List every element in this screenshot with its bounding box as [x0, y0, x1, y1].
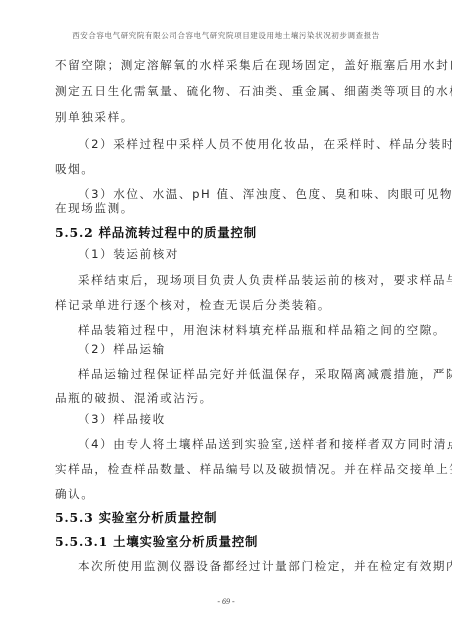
section-heading-5-5-3-1: 5.5.3.1 土壤实验室分析质量控制	[55, 534, 258, 549]
paragraph-line: （3）水位、水温、pH 值、浑浊度、色度、臭和味、肉眼可见物指标	[78, 187, 400, 201]
paragraph-line: 实样品，检查样品数量、样品编号以及破损情况。并在样品交接单上签字	[55, 462, 400, 476]
paragraph-line: 在现场监测。	[55, 201, 400, 215]
list-item-label: （2）样品运输	[78, 342, 400, 356]
list-item-label: （1）装运前核对	[78, 247, 400, 261]
paragraph-line: 样品运输过程保证样品完好并低温保存，采取隔离减震措施，严防样	[78, 367, 400, 381]
paragraph-line: （2）采样过程中采样人员不使用化妆品，在采样时、样品分装时禁止	[78, 137, 400, 151]
document-page: 西安合容电气研究院有限公司合容电气研究院项目建设用地土壤污染状况初步调查报告 不…	[0, 0, 452, 639]
paragraph-line: 吸烟。	[55, 162, 400, 176]
section-heading-5-5-2: 5.5.2 样品流转过程中的质量控制	[55, 225, 257, 240]
running-header: 西安合容电气研究院有限公司合容电气研究院项目建设用地土壤污染状况初步调查报告	[0, 30, 452, 41]
paragraph-line: 样记录单进行逐个核对，检查无误后分类装箱。	[55, 298, 400, 312]
paragraph-line: 测定五日生化需氧量、硫化物、石油类、重金属、细菌类等项目的水样分	[55, 84, 400, 98]
paragraph-line: （4）由专人将土壤样品送到实验室,送样者和接样者双方同时清点核	[78, 437, 400, 451]
section-heading-5-5-3: 5.5.3 实验室分析质量控制	[55, 510, 217, 525]
paragraph-line: 本次所使用监测仪器设备都经过计量部门检定，并在检定有效期内。	[78, 559, 400, 573]
paragraph-line: 别单独采样。	[55, 110, 400, 124]
paragraph-line: 不留空隙；测定溶解氧的水样采集后在现场固定，盖好瓶塞后用水封口；	[55, 58, 400, 72]
paragraph-line: 确认。	[55, 487, 400, 501]
paragraph-line: 品瓶的破损、混淆或沾污。	[55, 391, 400, 405]
page-number: - 69 -	[0, 597, 452, 606]
paragraph-line: 样品装箱过程中，用泡沫材料填充样品瓶和样品箱之间的空隙。	[78, 323, 400, 337]
list-item-label: （3）样品接收	[78, 412, 400, 426]
paragraph-line: 采样结束后，现场项目负责人负责样品装运前的核对，要求样品与采	[78, 273, 400, 287]
